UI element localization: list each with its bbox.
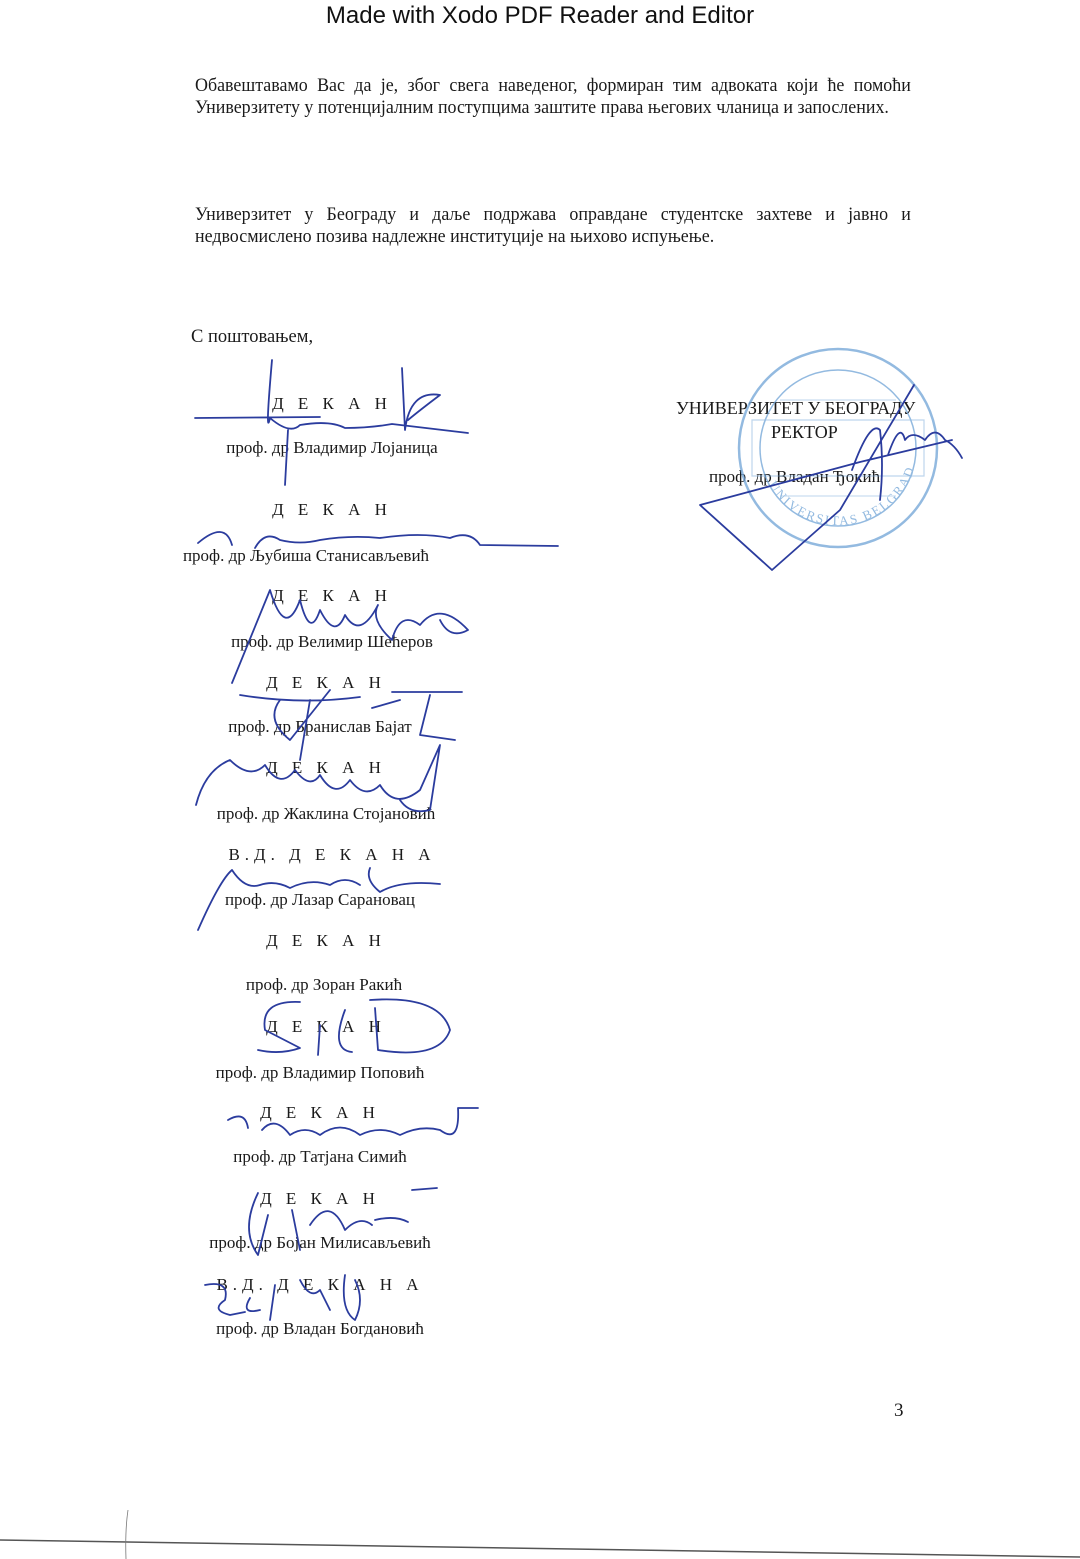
signatory-title: Д Е К А Н (166, 1017, 486, 1037)
signatory-title: Д Е К А Н (172, 586, 492, 606)
paragraph-support: Универзитет у Београду и даље подржава о… (195, 205, 911, 248)
signatory-block: Д Е К А Нпроф. др Владимир Лојаница (160, 394, 480, 414)
signatory-block: В.Д. Д Е К А Н Апроф. др Лазар Сарановац (160, 845, 480, 865)
paragraph-legal-team: Обавештавамо Вас да је, због свега навед… (195, 76, 911, 119)
signatory-block: Д Е К А Нпроф. др Љубиша Станисављевић (160, 500, 480, 520)
rector-name: проф. др Владан Ђокић (709, 467, 880, 487)
signatory-name: проф. др Лазар Сарановац (160, 890, 480, 910)
signatory-block: Д Е К А Нпроф. др Бојан Милисављевић (160, 1189, 480, 1209)
signatory-name: проф. др Владимир Поповић (160, 1063, 480, 1083)
signatory-block: В.Д. Д Е К А Н Апроф. др Владан Богданов… (160, 1275, 480, 1295)
signatory-name: проф. др Татјана Симић (160, 1147, 480, 1167)
signatory-block: Д Е К А Нпроф. др Татјана Симић (160, 1103, 480, 1123)
rector-title: РЕКТОР (771, 422, 838, 443)
signatory-block: Д Е К А Нпроф. др Велимир Шећеров (160, 586, 480, 606)
signatory-name: проф. др Бојан Милисављевић (160, 1233, 480, 1253)
signatory-block: Д Е К А Нпроф. др Зоран Ракић (160, 931, 480, 951)
signatory-title: Д Е К А Н (166, 758, 486, 778)
signatory-title: Д Е К А Н (160, 1103, 480, 1123)
signatory-title: Д Е К А Н (160, 1189, 480, 1209)
signatory-name: проф. др Љубиша Станисављевић (146, 546, 466, 566)
signatory-name: проф. др Бранислав Бајат (160, 717, 480, 737)
page-number: 3 (894, 1400, 904, 1422)
rector-institution: УНИВЕРЗИТЕТ У БЕОГРАДУ (676, 398, 915, 419)
signatory-name: проф. др Зоран Ракић (164, 975, 484, 995)
signatory-title: Д Е К А Н (172, 394, 492, 414)
app-watermark: Made with Xodo PDF Reader and Editor (0, 2, 1080, 30)
signatory-title: Д Е К А Н (166, 931, 486, 951)
signatory-name: проф. др Жаклина Стојановић (166, 804, 486, 824)
signatory-block: Д Е К А Нпроф. др Владимир Поповић (160, 1017, 480, 1037)
signatory-block: Д Е К А Нпроф. др Жаклина Стојановић (160, 758, 480, 778)
closing-salutation: С поштовањем, (191, 327, 313, 348)
scan-edge-line (0, 1540, 1080, 1557)
signatory-name: проф. др Владимир Лојаница (172, 438, 492, 458)
signatory-title: В.Д. Д Е К А Н А (160, 1275, 480, 1295)
signatory-name: проф. др Владан Богдановић (160, 1319, 480, 1339)
signatory-title: Д Е К А Н (172, 500, 492, 520)
signatory-title: Д Е К А Н (166, 673, 486, 693)
signatory-block: Д Е К А Нпроф. др Бранислав Бајат (160, 673, 480, 693)
signatory-title: В.Д. Д Е К А Н А (172, 845, 492, 865)
signatory-name: проф. др Велимир Шећеров (172, 632, 492, 652)
